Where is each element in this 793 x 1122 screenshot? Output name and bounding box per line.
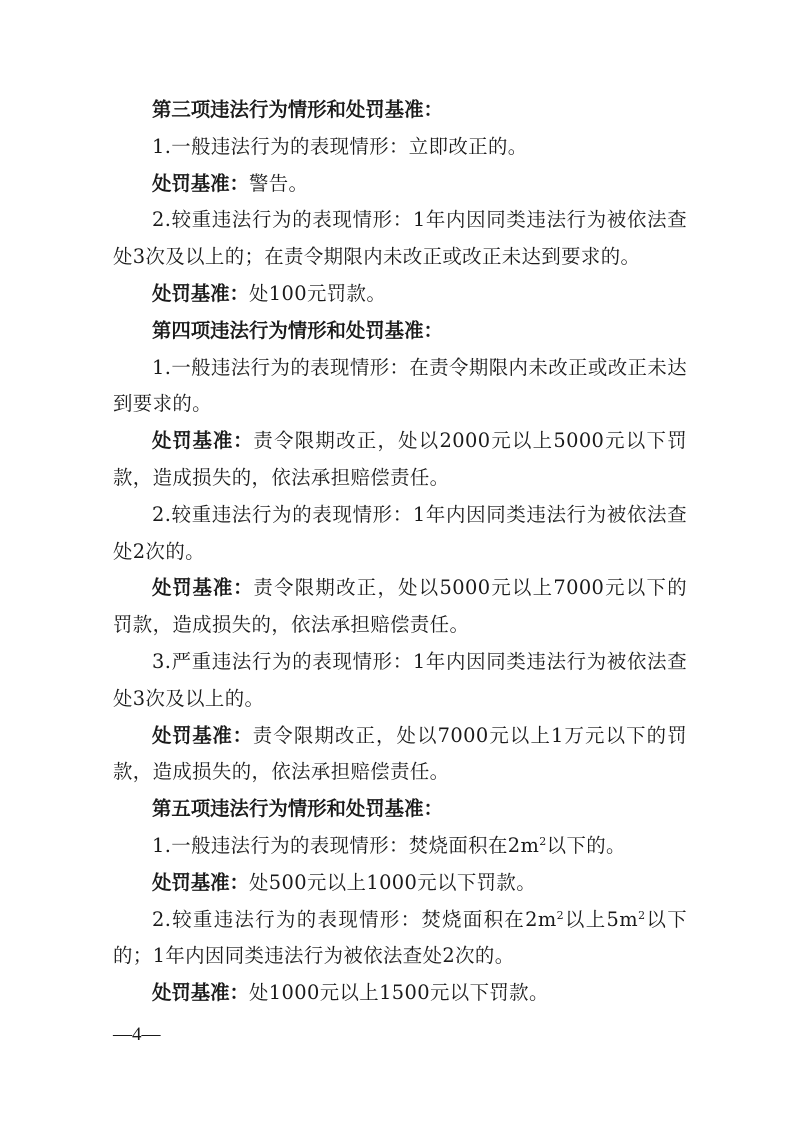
superscript: 2 <box>557 909 564 922</box>
penalty-label: 处罚基准： <box>152 576 253 599</box>
situation-5-1: 1.一般违法行为的表现情形：焚烧面积在2m2以下的。 <box>113 828 687 865</box>
penalty-4-3: 处罚基准：责令限期改正，处以7000元以上1万元以下的罚款，造成损失的，依法承担… <box>113 718 687 792</box>
penalty-4-1: 处罚基准：责令限期改正，处以2000元以上5000元以下罚款，造成损失的，依法承… <box>113 423 687 497</box>
penalty-5-1: 处罚基准：处500元以上1000元以下罚款。 <box>113 865 687 902</box>
penalty-3-2: 处罚基准：处100元罚款。 <box>113 276 687 313</box>
penalty-text: 警告。 <box>249 172 308 195</box>
penalty-text: 处500元以上1000元以下罚款。 <box>249 871 536 894</box>
situation-text: 以下的。 <box>547 834 626 857</box>
penalty-label: 处罚基准： <box>152 724 253 747</box>
situation-text: 2.较重违法行为的表现情形：焚烧面积在2m <box>152 908 557 931</box>
section-heading-5: 第五项违法行为情形和处罚基准： <box>113 791 687 828</box>
section-heading-3: 第三项违法行为情形和处罚基准： <box>113 92 687 129</box>
penalty-text: 处1000元以上1500元以下罚款。 <box>249 981 549 1004</box>
situation-5-2: 2.较重违法行为的表现情形：焚烧面积在2m2以上5m2以下的；1年内因同类违法行… <box>113 902 687 976</box>
document-page: 第三项违法行为情形和处罚基准： 1.一般违法行为的表现情形：立即改正的。 处罚基… <box>113 92 687 1012</box>
section-heading-4: 第四项违法行为情形和处罚基准： <box>113 313 687 350</box>
penalty-label: 处罚基准： <box>152 429 253 452</box>
superscript: 2 <box>539 835 546 848</box>
situation-3-1: 1.一般违法行为的表现情形：立即改正的。 <box>113 129 687 166</box>
penalty-label: 处罚基准： <box>152 981 249 1004</box>
penalty-5-2: 处罚基准：处1000元以上1500元以下罚款。 <box>113 975 687 1012</box>
situation-text: 以上5m <box>564 908 638 931</box>
penalty-label: 处罚基准： <box>152 172 249 195</box>
situation-4-2: 2.较重违法行为的表现情形：1年内因同类违法行为被依法查处2次的。 <box>113 497 687 571</box>
situation-4-3: 3.严重违法行为的表现情形：1年内因同类违法行为被依法查处3次及以上的。 <box>113 644 687 718</box>
page-number: —4— <box>113 1024 161 1046</box>
situation-3-2: 2.较重违法行为的表现情形：1年内因同类违法行为被依法查处3次及以上的；在责令期… <box>113 202 687 276</box>
situation-text: 1.一般违法行为的表现情形：焚烧面积在2m <box>152 834 539 857</box>
penalty-3-1: 处罚基准：警告。 <box>113 166 687 203</box>
penalty-label: 处罚基准： <box>152 282 249 305</box>
penalty-text: 处100元罚款。 <box>249 282 386 305</box>
situation-4-1: 1.一般违法行为的表现情形：在责令期限内未改正或改正未达到要求的。 <box>113 350 687 424</box>
penalty-label: 处罚基准： <box>152 871 249 894</box>
penalty-4-2: 处罚基准：责令限期改正，处以5000元以上7000元以下的罚款，造成损失的，依法… <box>113 570 687 644</box>
